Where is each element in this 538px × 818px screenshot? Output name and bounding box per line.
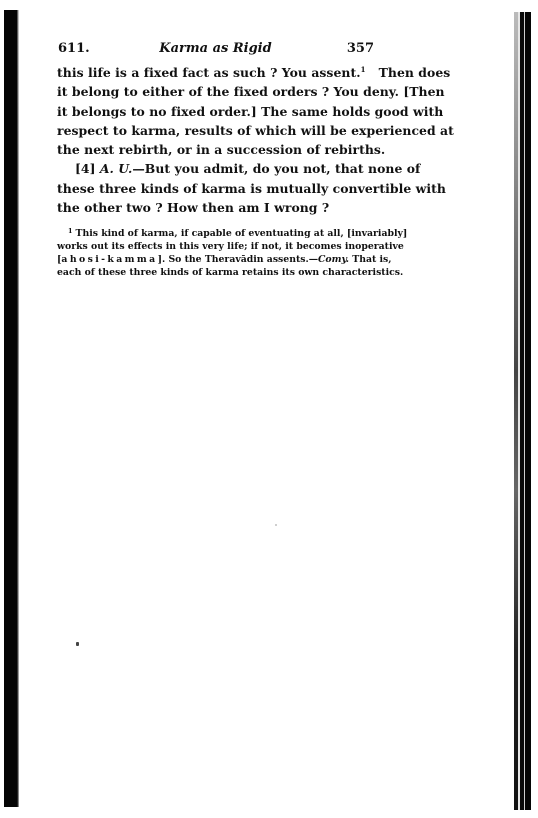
text-line: the other two ? How then am I wrong ? <box>57 198 374 217</box>
scan-right-border <box>514 12 534 810</box>
paragraph-1: this life is a fixed fact as such ? You … <box>57 63 374 159</box>
footnote-reference[interactable]: 1 <box>361 65 366 74</box>
footnote-line: works out its effects in this very life;… <box>57 240 374 253</box>
footnote: 1This kind of karma, if capable of event… <box>57 227 374 279</box>
scan-left-border <box>4 10 18 807</box>
speaker-label: A. U. <box>100 161 132 176</box>
book-page: 611. Karma as Rigid 357 this life is a f… <box>57 40 374 279</box>
text-span: this life is a fixed fact as such ? You … <box>57 65 361 80</box>
text-line: these three kinds of karma is mutually c… <box>57 179 374 198</box>
text-span: —But you admit, do you not, that none of <box>132 161 420 176</box>
footnote-line: 1This kind of karma, if capable of event… <box>57 227 374 240</box>
scan-speck <box>275 524 277 526</box>
scan-edge-strip <box>525 12 531 810</box>
footnote-line: each of these three kinds of karma retai… <box>57 266 374 279</box>
running-title: Karma as Rigid <box>57 41 374 56</box>
text-line: it belong to either of the fixed orders … <box>57 82 374 101</box>
body-text: this life is a fixed fact as such ? You … <box>57 63 374 217</box>
text-line: this life is a fixed fact as such ? You … <box>57 63 374 82</box>
section-marker: [4] <box>75 161 96 176</box>
text-line: respect to karma, results of which will … <box>57 121 374 140</box>
scan-speck <box>76 642 79 646</box>
source-citation: Comy. <box>318 254 349 265</box>
text-span: That is, <box>349 254 391 265</box>
page-number: 357 <box>347 41 374 56</box>
text-span: Then does <box>379 65 451 80</box>
footnote-marker: 1 <box>68 227 73 235</box>
running-head: 611. Karma as Rigid 357 <box>57 40 374 60</box>
text-line: [4] A. U.—But you admit, do you not, tha… <box>57 159 374 178</box>
text-line: it belongs to no fixed order.] The same … <box>57 102 374 121</box>
pali-term: ahosi-kamma <box>61 254 157 265</box>
paragraph-2: [4] A. U.—But you admit, do you not, tha… <box>57 159 374 217</box>
text-line: the next rebirth, or in a succession of … <box>57 140 374 159</box>
footnote-line: [ahosi-kamma]. So the Theravādin assents… <box>57 253 374 266</box>
text-span: This kind of karma, if capable of eventu… <box>76 228 408 239</box>
text-span: ]. So the Theravādin assents.— <box>158 254 318 265</box>
